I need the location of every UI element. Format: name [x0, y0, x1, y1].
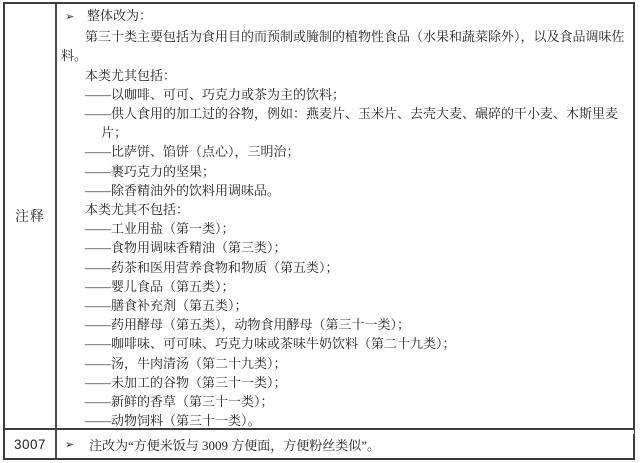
text-line: ——工业用盐（第一类）；: [59, 219, 631, 238]
line-text: ——比萨饼、馅饼（点心），三明治；: [85, 144, 300, 159]
line-text: 片；: [101, 125, 127, 140]
text-line: ——食物用调味香精油（第三类）；: [59, 238, 631, 257]
text-line: ——比萨饼、馅饼（点心），三明治；: [59, 142, 631, 161]
text-line: 料。: [59, 46, 631, 65]
classification-table: 注释 ➢整体改为：第三十类主要包括为食用目的而预制或腌制的植物性食品（水果和蔬菜…: [3, 2, 635, 460]
line-text: ——新鲜的香草（第三十一类）；: [85, 394, 274, 409]
line-text: ——药茶和医用营养食物和物质（第五类）；: [85, 260, 339, 275]
row-label-3007: 3007: [5, 430, 57, 458]
arrowhead-bullet-icon: ➢: [65, 8, 87, 27]
text-line: ——药茶和医用营养食物和物质（第五类）；: [59, 258, 631, 277]
text-line: 本类尤其包括：: [59, 66, 631, 85]
text-line: 第三十类主要包括为食用目的而预制或腌制的植物性食品（水果和蔬菜除外），以及食品调…: [59, 27, 631, 46]
document-page: 注释 ➢整体改为：第三十类主要包括为食用目的而预制或腌制的植物性食品（水果和蔬菜…: [0, 0, 640, 463]
line-text: ——药用酵母（第五类），动物食用酵母（第三十一类）；: [85, 317, 410, 332]
text-line: ——供人食用的加工过的谷物，例如：燕麦片、玉米片、去壳大麦、碾碎的干小麦、木斯里…: [59, 104, 631, 123]
text-line: ——裹巧克力的坚果；: [59, 162, 631, 181]
text-line: ——药用酵母（第五类），动物食用酵母（第三十一类）；: [59, 315, 631, 334]
line-text: ——汤，牛肉清汤（第二十九类）；: [85, 356, 287, 371]
line-text: ——膳食补充剂（第五类）；: [85, 298, 248, 313]
line-text: ——供人食用的加工过的谷物，例如：燕麦片、玉米片、去壳大麦、碾碎的干小麦、木斯里…: [85, 106, 618, 121]
line-text: ——动物饲料（第三十一类）。: [85, 413, 261, 428]
line-text: 本类尤其包括：: [85, 68, 176, 83]
text-line: ➢整体改为：: [59, 6, 631, 27]
line-text: ——裹巧克力的坚果；: [85, 164, 215, 179]
line-text: 本类尤其不包括：: [85, 202, 189, 217]
text-line: ——动物饲料（第三十一类）。: [59, 411, 631, 428]
text-line: ——未加工的谷物（第三十一类）；: [59, 373, 631, 392]
line-text: ——咖啡味、可可味、巧克力味或茶味牛奶饮料（第二十九类）；: [85, 336, 456, 351]
line-text: ——除香精油外的饮料用调味品。: [85, 183, 280, 198]
text-line: ——婴儿食品（第五类）；: [59, 277, 631, 296]
row-label-note: 注释: [5, 4, 57, 428]
text-line: 片；: [59, 123, 631, 142]
line-text: ——食物用调味香精油（第三类）；: [85, 240, 287, 255]
line-text: ——工业用盐（第一类）；: [85, 221, 235, 236]
line-text: 整体改为：: [87, 8, 152, 23]
note-content: ➢整体改为：第三十类主要包括为食用目的而预制或腌制的植物性食品（水果和蔬菜除外）…: [57, 4, 633, 428]
arrowhead-bullet-icon: ➢: [65, 438, 89, 451]
text-line: ——汤，牛肉清汤（第二十九类）；: [59, 354, 631, 373]
text-line: ——新鲜的香草（第三十一类）；: [59, 392, 631, 411]
line-text: 料。: [61, 48, 87, 63]
line-text: ——未加工的谷物（第三十一类）；: [85, 375, 287, 390]
text-line: ——除香精油外的饮料用调味品。: [59, 181, 631, 200]
text-line: ——膳食补充剂（第五类）；: [59, 296, 631, 315]
line-text: ——以咖啡、可可、巧克力或茶为主的饮料；: [85, 87, 345, 102]
note-text-3007: 注改为“方便米饭与 3009 方便面，方便粉丝类似”。: [89, 435, 380, 454]
table-row-3007: 3007 ➢ 注改为“方便米饭与 3009 方便面，方便粉丝类似”。: [5, 428, 633, 458]
line-text: 第三十类主要包括为食用目的而预制或腌制的植物性食品（水果和蔬菜除外），以及食品调…: [85, 29, 625, 44]
line-text: ——婴儿食品（第五类）；: [85, 279, 235, 294]
note-content-3007: ➢ 注改为“方便米饭与 3009 方便面，方便粉丝类似”。: [57, 430, 633, 458]
text-line: ——以咖啡、可可、巧克力或茶为主的饮料；: [59, 85, 631, 104]
text-line: ——咖啡味、可可味、巧克力味或茶味牛奶饮料（第二十九类）；: [59, 334, 631, 353]
table-row-note: 注释 ➢整体改为：第三十类主要包括为食用目的而预制或腌制的植物性食品（水果和蔬菜…: [5, 4, 633, 428]
text-line: 本类尤其不包括：: [59, 200, 631, 219]
